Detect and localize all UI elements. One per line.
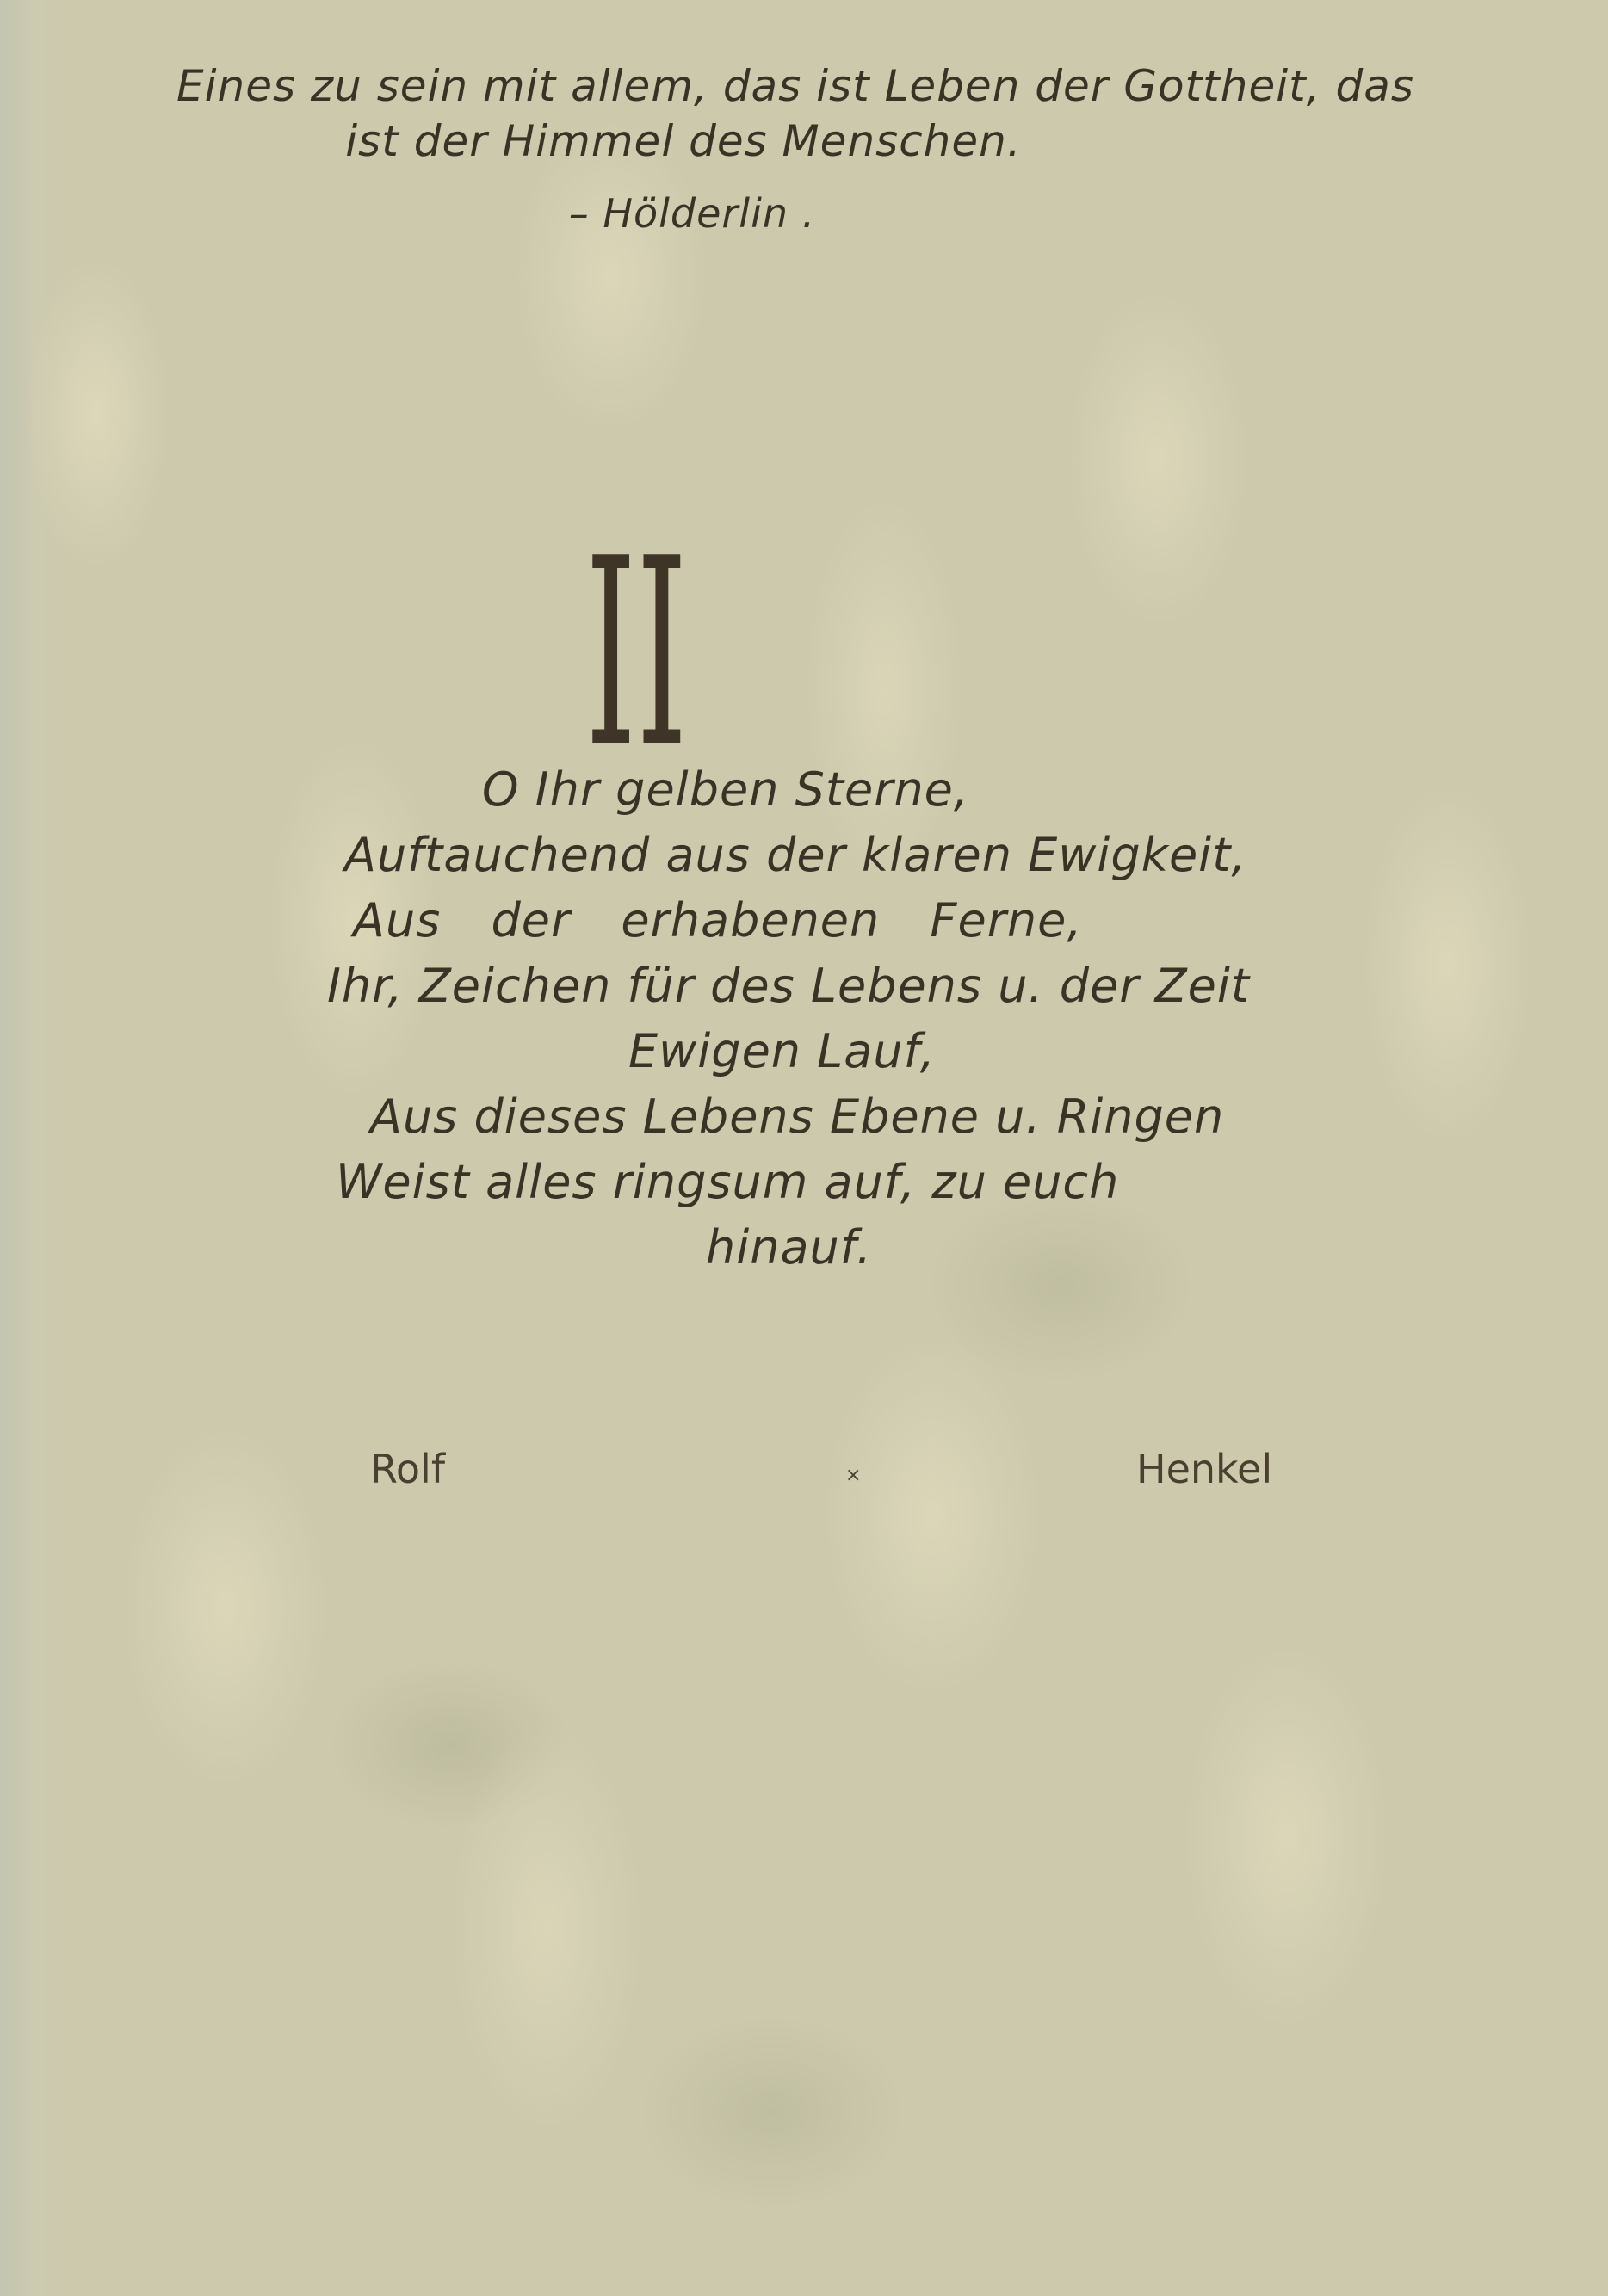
poem-verse: Weist alles ringsum auf, zu euch — [293, 1150, 1412, 1215]
signature-right: Henkel — [1136, 1446, 1272, 1492]
poem: O Ihr gelben Sterne, Auftauchend aus der… — [293, 757, 1412, 1281]
epigraph-line-2: ist der Himmel des Menschen. — [0, 114, 1608, 169]
epigraph: Eines zu sein mit allem, das ist Leben d… — [0, 59, 1608, 241]
poem-verse: Aus dieses Lebens Ebene u. Ringen — [293, 1084, 1412, 1150]
poem-verse: Ihr, Zeichen für des Lebens u. der Zeit — [293, 954, 1412, 1019]
poem-verse: Aus der erhabenen Ferne, — [293, 888, 1412, 954]
epigraph-author: – Hölderlin . — [0, 186, 1608, 241]
manuscript-page: Eines zu sein mit allem, das ist Leben d… — [0, 0, 1608, 2296]
section-numeral: II — [585, 525, 688, 783]
signature-separator: × — [845, 1465, 861, 1486]
poem-verse: O Ihr gelben Sterne, — [293, 757, 1412, 823]
signature-left: Rolf — [370, 1446, 445, 1492]
epigraph-line-1: Eines zu sein mit allem, das ist Leben d… — [0, 59, 1608, 114]
poem-verse: Ewigen Lauf, — [293, 1019, 1412, 1084]
poem-verse: hinauf. — [293, 1215, 1412, 1281]
poem-verse: Auftauchend aus der klaren Ewigkeit, — [293, 823, 1412, 888]
